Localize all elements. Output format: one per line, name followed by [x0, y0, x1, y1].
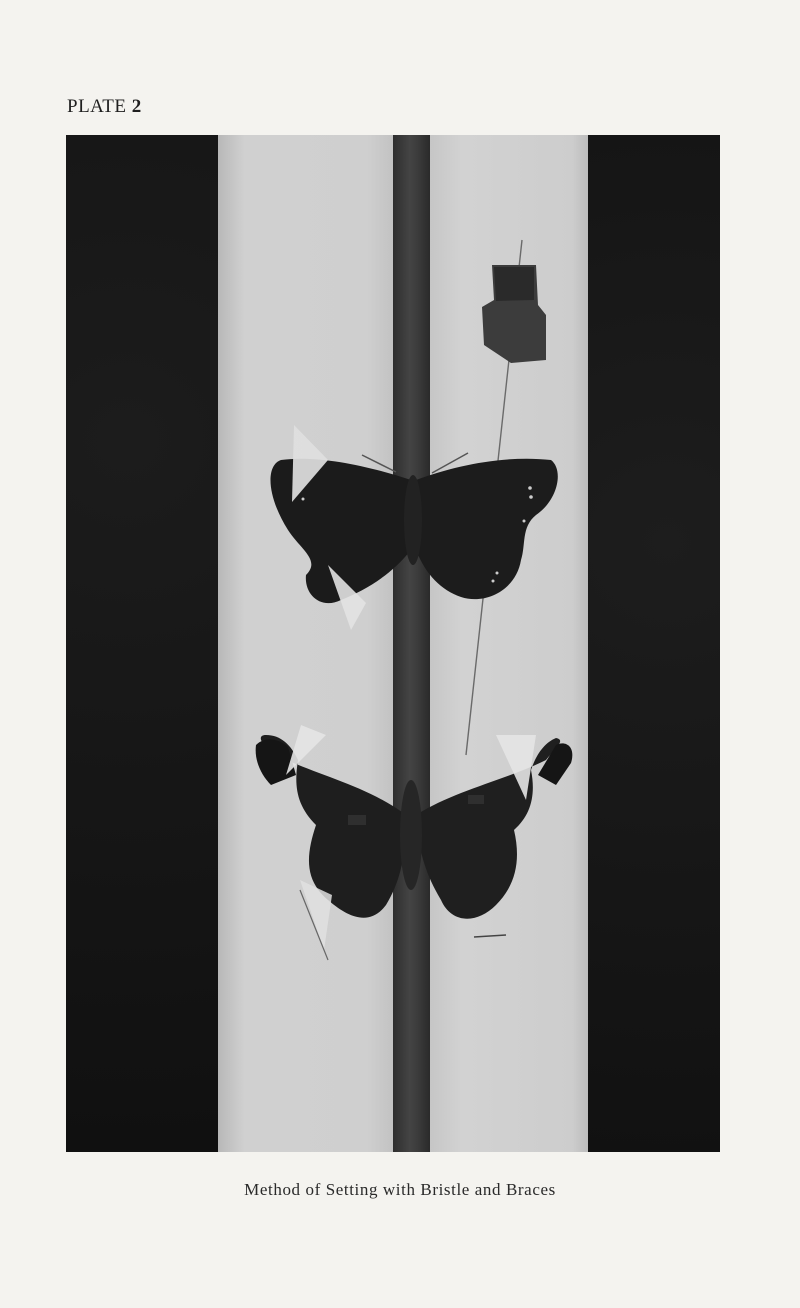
plate-photograph	[66, 135, 720, 1152]
butterfly-upper	[271, 425, 558, 630]
weight-block	[482, 265, 546, 363]
plate-label: PLATE 2	[67, 96, 142, 118]
figure-caption: Method of Setting with Bristle and Brace…	[0, 1180, 800, 1200]
specimen-illustration	[66, 135, 720, 1152]
plate-number: 2	[132, 96, 142, 117]
plate-label-text: PLATE	[67, 96, 127, 117]
butterfly-lower	[256, 725, 573, 960]
